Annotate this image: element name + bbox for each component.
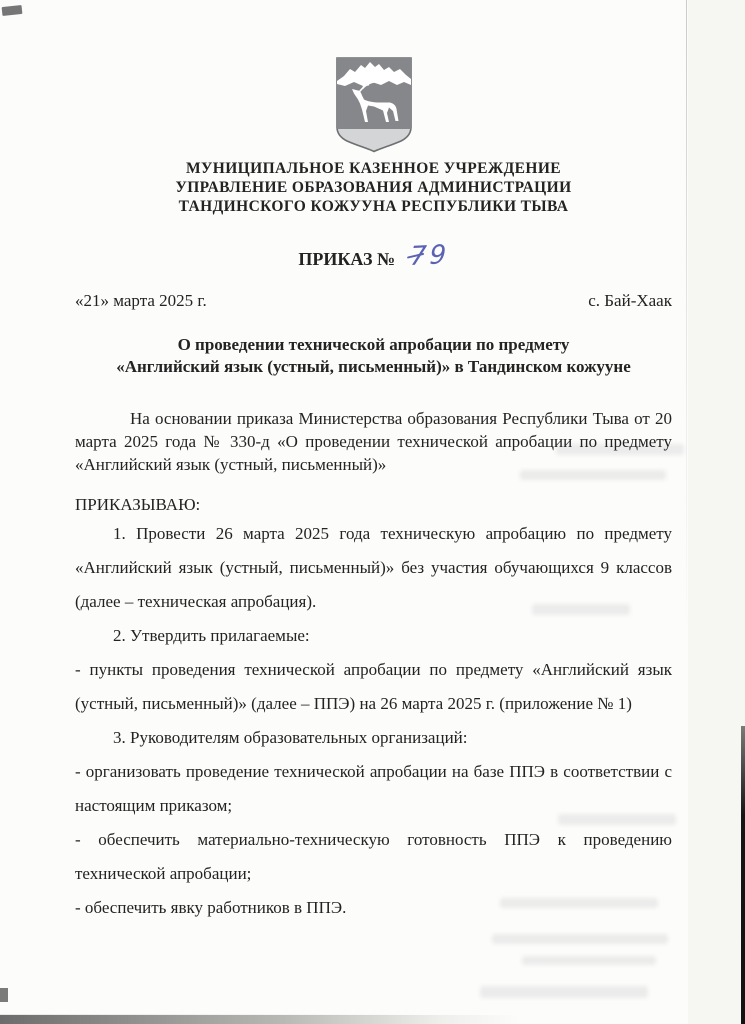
scan-corner-mark — [2, 5, 23, 16]
order-number-handwritten: 79 — [409, 240, 450, 272]
order-paragraph-6: - обеспечить материально-техническую гот… — [75, 823, 672, 891]
order-paragraph-1: 1. Провести 26 марта 2025 года техническ… — [75, 517, 672, 619]
preamble-paragraph: На основании приказа Министерства образо… — [75, 407, 672, 476]
order-paragraph-7: - обеспечить явку работников в ППЭ. — [75, 891, 672, 925]
order-place: с. Бай-Хаак — [588, 291, 672, 311]
scan-left-edge-mark — [0, 988, 8, 1002]
order-paragraph-5: - организовать проведение технической ап… — [75, 755, 672, 823]
organization-name: МУНИЦИПАЛЬНОЕ КАЗЕННОЕ УЧРЕЖДЕНИЕ УПРАВЛ… — [75, 159, 672, 216]
decree-word: ПРИКАЗЫВАЮ: — [75, 495, 672, 515]
org-name-line-3: ТАНДИНСКОГО КОЖУУНА РЕСПУБЛИКИ ТЫВА — [75, 197, 672, 216]
document-title-line-1: О проведении технической апробации по пр… — [75, 334, 672, 356]
scan-bottom-bar — [0, 1015, 520, 1024]
order-paragraph-4: 3. Руководителям образовательных организ… — [75, 721, 672, 755]
order-heading: ПРИКАЗ № 79 — [75, 247, 672, 277]
order-paragraphs: 1. Провести 26 марта 2025 года техническ… — [75, 517, 672, 925]
document-title: О проведении технической апробации по пр… — [75, 334, 672, 378]
scan-right-edge-strip — [741, 726, 745, 1024]
scan-page-edge-line — [686, 0, 687, 640]
date-place-row: «21» марта 2025 г. с. Бай-Хаак — [75, 291, 672, 311]
coat-of-arms-icon — [334, 55, 414, 153]
order-paragraph-3: - пункты проведения технической апробаци… — [75, 653, 672, 721]
document-title-line-2: «Английский язык (устный, письменный)» в… — [75, 356, 672, 378]
org-name-line-2: УПРАВЛЕНИЕ ОБРАЗОВАНИЯ АДМИНИСТРАЦИИ — [75, 178, 672, 197]
bleed-through-smudge — [492, 934, 668, 944]
bleed-through-smudge — [480, 986, 648, 998]
scanned-order-page: МУНИЦИПАЛЬНОЕ КАЗЕННОЕ УЧРЕЖДЕНИЕ УПРАВЛ… — [0, 0, 745, 1024]
org-name-line-1: МУНИЦИПАЛЬНОЕ КАЗЕННОЕ УЧРЕЖДЕНИЕ — [75, 159, 672, 178]
order-date: «21» марта 2025 г. — [75, 291, 207, 311]
scan-right-shade — [688, 0, 745, 1024]
order-heading-label: ПРИКАЗ № — [298, 249, 395, 270]
bleed-through-smudge — [522, 956, 656, 965]
order-paragraph-2: 2. Утвердить прилагаемые: — [75, 619, 672, 653]
document-content: МУНИЦИПАЛЬНОЕ КАЗЕННОЕ УЧРЕЖДЕНИЕ УПРАВЛ… — [75, 0, 672, 925]
